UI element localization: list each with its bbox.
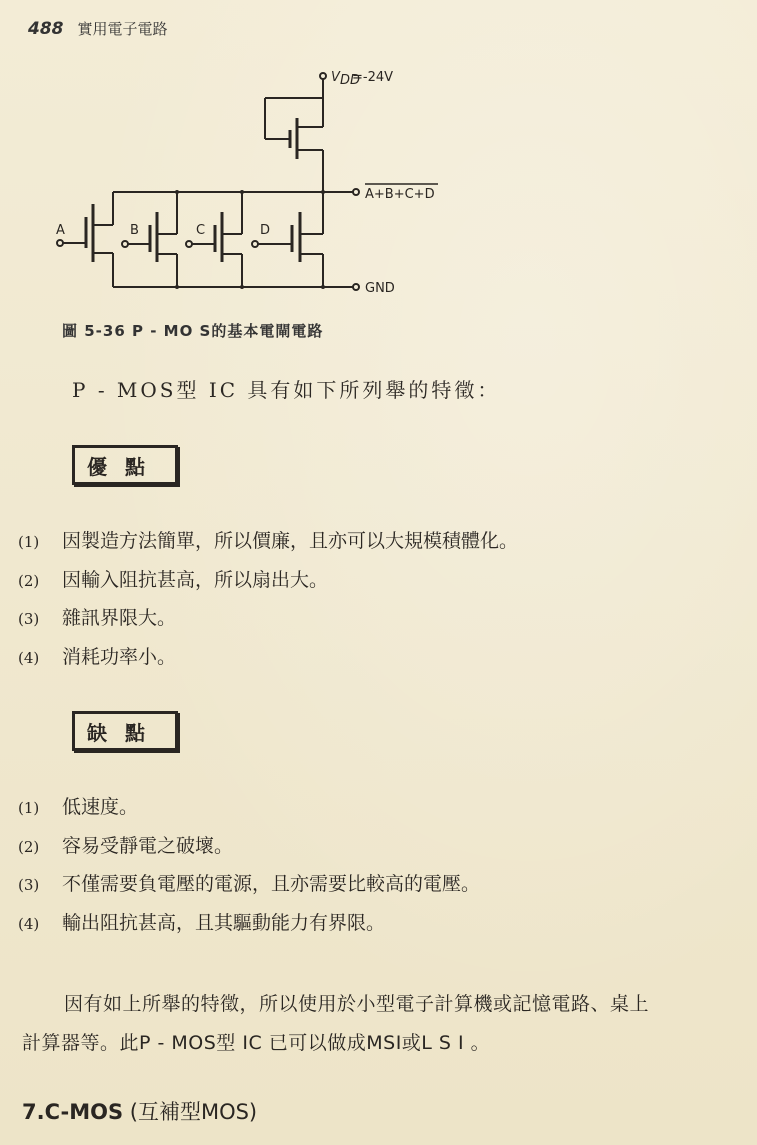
vdd-value: =-24V	[352, 70, 393, 85]
vdd-terminal-icon	[320, 73, 326, 79]
book-page: 488 實用電子電路	[0, 0, 757, 1145]
section-title: C-MOS	[45, 1100, 123, 1124]
intro-sentence: P - MOS型 IC 具有如下所列舉的特徵：	[72, 374, 500, 403]
disadvantages-list: (1)低速度。 (2)容易受靜電之破壞。 (3)不僅需要負電壓的電源，且亦需要比…	[18, 792, 480, 946]
section-number: 7.	[22, 1100, 45, 1124]
input-label-c: C	[196, 223, 205, 238]
list-item: (2)容易受靜電之破壞。	[18, 831, 480, 870]
section-subtitle: (互補型MOS)	[130, 1100, 257, 1124]
list-item: (1)因製造方法簡單，所以價廉，且亦可以大規模積體化。	[18, 526, 518, 565]
list-item: (3)雜訊界限大。	[18, 603, 518, 642]
list-item: (2)因輸入阻抗甚高，所以扇出大。	[18, 565, 518, 604]
input-label-b: B	[130, 223, 139, 238]
disadvantages-heading: 缺點	[72, 711, 178, 751]
figure-caption: 圖 5-36 P - MO S的基本電閘電路	[62, 320, 323, 341]
list-item: (4)消耗功率小。	[18, 642, 518, 681]
list-item: (3)不僅需要負電壓的電源，且亦需要比較高的電壓。	[18, 869, 480, 908]
page-header: 488 實用電子電路	[28, 18, 168, 39]
advantages-list: (1)因製造方法簡單，所以價廉，且亦可以大規模積體化。 (2)因輸入阻抗甚高，所…	[18, 526, 518, 680]
conclusion-paragraph: 因有如上所舉的特徵，所以使用於小型電子計算機或記憶電路、桌上 計算器等。此P -…	[22, 985, 742, 1063]
input-label-a: A	[56, 223, 65, 238]
output-terminal-icon	[353, 189, 359, 195]
next-section-heading: 7.C-MOS (互補型MOS)	[22, 1096, 257, 1126]
conclusion-line-1: 因有如上所舉的特徵，所以使用於小型電子計算機或記憶電路、桌上	[22, 985, 742, 1024]
list-item: (1)低速度。	[18, 792, 480, 831]
pmos-nor-gate-diagram: V DD =-24V A+B+C+D GND A B C D	[50, 62, 450, 292]
gnd-label: GND	[365, 281, 395, 292]
conclusion-line-2: 計算器等。此P - MOS型 IC 已可以做成MSI或L S I 。	[22, 1024, 742, 1063]
advantages-heading: 優點	[72, 445, 178, 485]
book-title: 實用電子電路	[78, 18, 168, 39]
output-label: A+B+C+D	[365, 187, 435, 202]
circuit-schematic: V DD =-24V A+B+C+D GND A B C D	[50, 62, 450, 292]
input-label-d: D	[260, 223, 270, 238]
gnd-terminal-icon	[353, 284, 359, 290]
list-item: (4)輸出阻抗甚高，且其驅動能力有界限。	[18, 908, 480, 947]
page-number: 488	[28, 19, 64, 39]
